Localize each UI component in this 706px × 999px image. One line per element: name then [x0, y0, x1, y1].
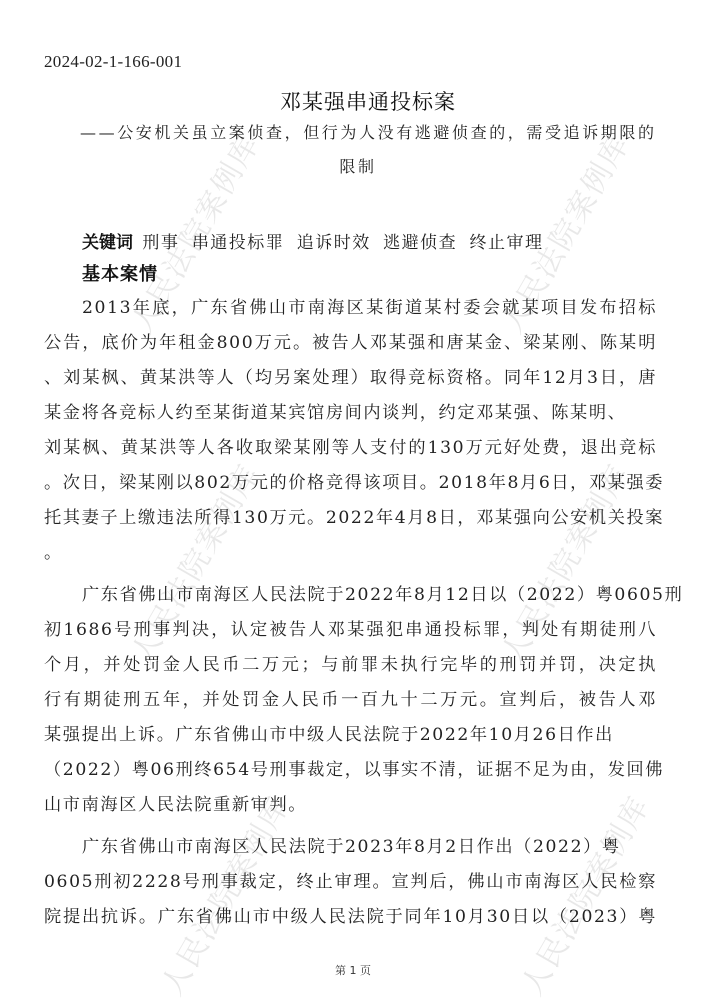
text-line: 广东省佛山市南海区人民法院于2023年8月2日作出（2022）粤: [82, 835, 657, 859]
case-id: 2024-02-1-166-001: [44, 52, 182, 72]
keyword: 终止审理: [470, 233, 544, 253]
text-line: 广东省佛山市南海区人民法院于2022年8月12日以（2022）粤0605刑: [82, 583, 657, 607]
keywords-row: 关键词 刑事 串通投标罪 追诉时效 逃避侦查 终止审理: [82, 228, 551, 253]
text-line: （2022）粤06刑终654号刑事裁定，以事实不清，证据不足为由，发回佛: [44, 758, 657, 782]
text-line: 某强提出上诉。广东省佛山市中级人民法院于2022年10月26日作出: [44, 723, 657, 747]
text-line: 刘某枫、黄某洪等人各收取梁某刚等人支付的130万元好处费，退出竞标: [44, 436, 657, 460]
document-page: 人民法院案例库 人民法院案例库 人民法院案例库 人民法院案例库 人民法院案例库 …: [0, 0, 706, 999]
document-title: 邓某强串通投标案: [0, 86, 706, 116]
keyword: 刑事: [142, 233, 179, 253]
keyword: 逃避侦查: [383, 233, 457, 253]
text-line: 个月，并处罚金人民币二万元；与前罪未执行完毕的刑罚并罚，决定执: [44, 653, 657, 677]
text-line: 。次日，梁某刚以802万元的价格竞得该项目。2018年8月6日，邓某强委: [44, 471, 657, 495]
document-subtitle-continued: 限制: [0, 154, 706, 177]
keyword: 追诉时效: [297, 233, 371, 253]
text-line: 、刘某枫、黄某洪等人（均另案处理）取得竞标资格。同年12月3日，唐: [44, 366, 657, 390]
text-line: 0605刑初2228号刑事裁定，终止审理。宣判后，佛山市南海区人民检察: [44, 870, 657, 894]
document-subtitle: ——公安机关虽立案侦查，但行为人没有逃避侦查的，需受追诉期限的: [80, 120, 657, 143]
text-line: 。: [44, 541, 657, 565]
text-line: 某金将各竞标人约至某街道某宾馆房间内谈判，约定邓某强、陈某明、: [44, 401, 657, 425]
text-line: 托其妻子上缴违法所得130万元。2022年4月8日，邓某强向公安机关投案: [44, 506, 657, 530]
keyword: 串通投标罪: [192, 233, 285, 253]
text-line: 山市南海区人民法院重新审判。: [44, 793, 657, 817]
text-line: 公告，底价为年租金800万元。被告人邓某强和唐某金、梁某刚、陈某明: [44, 331, 657, 355]
keywords-label: 关键词: [82, 233, 133, 253]
text-line: 院提出抗诉。广东省佛山市中级人民法院于同年10月30日以（2023）粤: [44, 905, 657, 929]
page-number: 第 1 页: [0, 962, 706, 978]
text-line: 初1686号刑事判决，认定被告人邓某强犯串通投标罪，判处有期徒刑八: [44, 618, 657, 642]
text-line: 2013年底，广东省佛山市南海区某街道某村委会就某项目发布招标: [82, 296, 657, 320]
text-line: 行有期徒刑五年，并处罚金人民币一百九十二万元。宣判后，被告人邓: [44, 688, 657, 712]
section-heading-basic-facts: 基本案情: [82, 260, 158, 286]
